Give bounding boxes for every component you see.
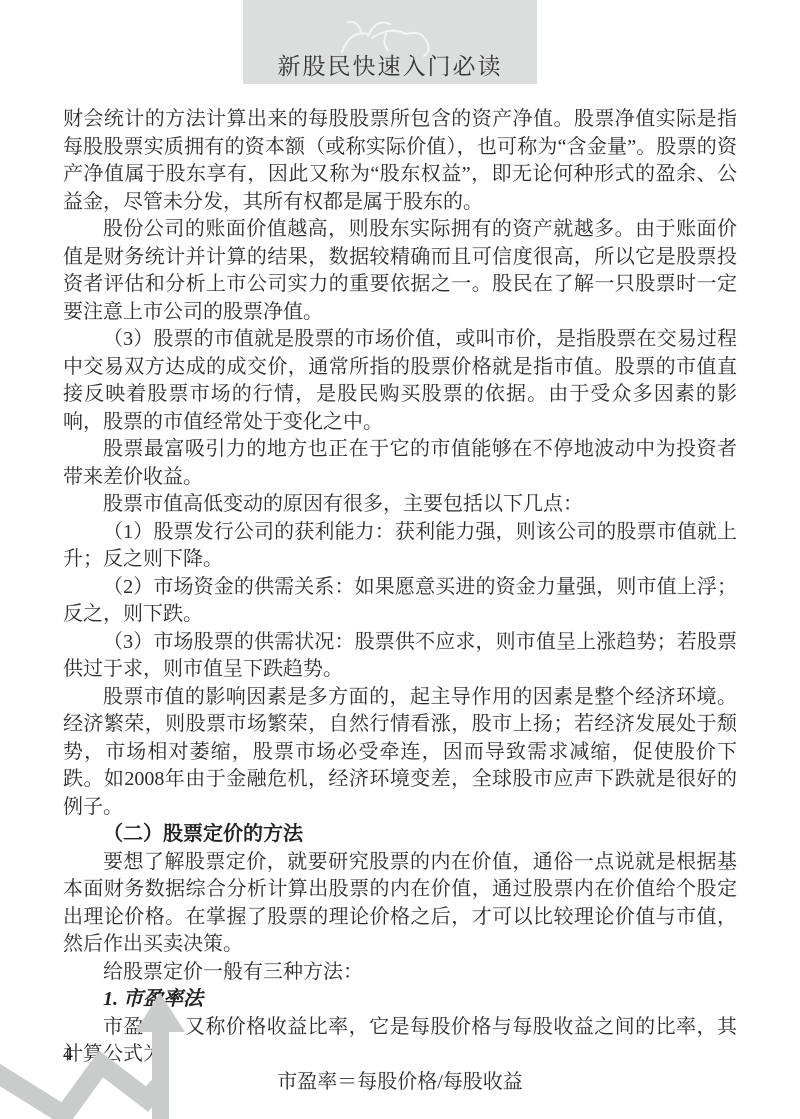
paragraph: 财会统计的方法计算出来的每股股票所包含的资产净值。股票净值实际是指每股股票实质拥…: [63, 106, 737, 216]
list-item-paragraph: （2）市场资金的供需关系：如果愿意买进的资金力量强，则市值上浮；反之，则下跌。: [63, 574, 737, 629]
paragraph: 股票市值高低变动的原因有很多，主要包括以下几点：: [63, 491, 737, 519]
paragraph: 要想了解股票定价，就要研究股票的内在价值，通俗一点说就是根据基本面财务数据综合分…: [63, 849, 737, 959]
header-banner: 新股民快速入门必读: [243, 0, 537, 84]
formula-line: 市盈率＝每股价格/每股收益: [63, 1069, 737, 1097]
paragraph: 股票最富吸引力的地方也正在于它的市值能够在不停地波动中为投资者带来差价收益。: [63, 436, 737, 491]
book-page: { "header": { "title": "新股民快速入门必读", "log…: [0, 0, 800, 1119]
list-item-paragraph: （3）市场股票的供需状况：股票供不应求，则市值呈上涨趋势；若股票供过于求，则市值…: [63, 629, 737, 684]
book-title: 新股民快速入门必读: [243, 48, 537, 81]
subsection-heading: 1. 市盈率法: [63, 986, 737, 1014]
paragraph: 市盈率，又称价格收益比率，它是每股价格与每股收益之间的比率，其计算公式为：: [63, 1014, 737, 1069]
paragraph: 股份公司的账面价值越高，则股东实际拥有的资产就越多。由于账面价值是财务统计并计算…: [63, 216, 737, 326]
paragraph: 给股票定价一般有三种方法：: [63, 959, 737, 987]
paragraph: 股票市值的影响因素是多方面的，起主导作用的因素是整个经济环境。经济繁荣，则股票市…: [63, 684, 737, 822]
list-item-paragraph: （1）股票发行公司的获利能力：获利能力强，则该公司的股票市值就上升；反之则下降。: [63, 519, 737, 574]
paragraph: （3）股票的市值就是股票的市场价值，或叫市价，是指股票在交易过程中交易双方达成的…: [63, 326, 737, 436]
page-body: 财会统计的方法计算出来的每股股票所包含的资产净值。股票净值实际是指每股股票实质拥…: [63, 106, 737, 1096]
page-number: 4: [63, 1043, 73, 1066]
section-heading: （二）股票定价的方法: [63, 821, 737, 849]
